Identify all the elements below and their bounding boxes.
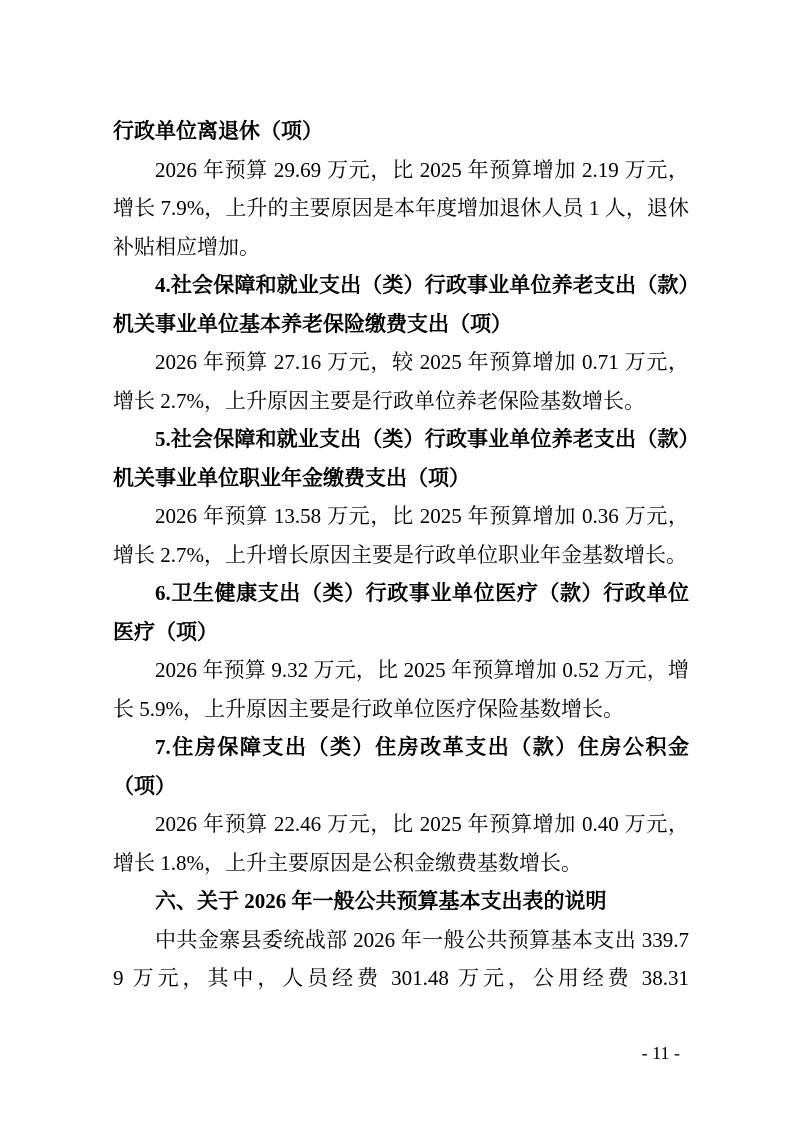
document-page: 行政单位离退休（项） 2026 年预算 29.69 万元，比 2025 年预算增… [0,0,793,1122]
section-heading-pension-retirees: 行政单位离退休（项） [113,112,689,151]
paragraph-item-4-detail: 2026 年预算 27.16 万元，较 2025 年预算增加 0.71 万元，增… [113,343,689,420]
section-heading-item-5: 5.社会保障和就业支出（类）行政事业单位养老支出（款）机关事业单位职业年金缴费支… [113,420,689,497]
paragraph-item-6-detail: 2026 年预算 9.32 万元，比 2025 年预算增加 0.52 万元，增长… [113,651,689,728]
section-heading-item-4: 4.社会保障和就业支出（类）行政事业单位养老支出（款）机关事业单位基本养老保险缴… [113,266,689,343]
paragraph-item-5-detail: 2026 年预算 13.58 万元，比 2025 年预算增加 0.36 万元，增… [113,497,689,574]
paragraph-basic-expenditure-summary: 中共金寨县委统战部 2026 年一般公共预算基本支出 339.79 万元，其中，… [113,921,689,998]
section-heading-part-six: 六、关于 2026 年一般公共预算基本支出表的说明 [113,882,689,921]
paragraph-pension-retirees-detail: 2026 年预算 29.69 万元，比 2025 年预算增加 2.19 万元，增… [113,151,689,267]
section-heading-item-7: 7.住房保障支出（类）住房改革支出（款）住房公积金（项） [113,728,689,805]
section-heading-item-6: 6.卫生健康支出（类）行政事业单位医疗（款）行政单位医疗（项） [113,574,689,651]
page-number: - 11 - [642,1041,680,1065]
paragraph-item-7-detail: 2026 年预算 22.46 万元，比 2025 年预算增加 0.40 万元，增… [113,805,689,882]
document-body: 行政单位离退休（项） 2026 年预算 29.69 万元，比 2025 年预算增… [113,112,689,998]
